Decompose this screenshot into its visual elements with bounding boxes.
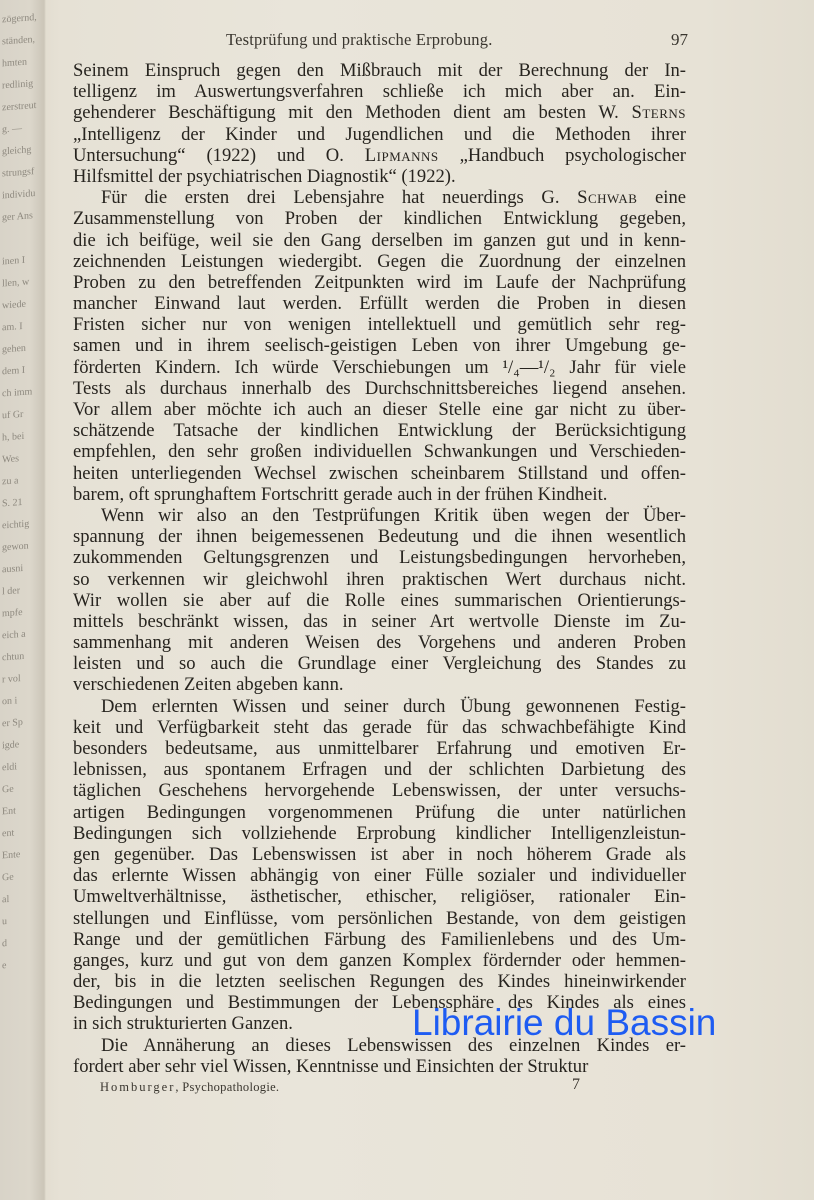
text-line: mancher Einwand laut werden. Erfüllt wer…	[73, 293, 686, 314]
text-line: sammenhang mit anderen Weisen des Vorgeh…	[73, 632, 686, 653]
facing-page-text-fragment: zerstreut	[2, 101, 42, 114]
text-line: Dem erlernten Wissen und seiner durch Üb…	[73, 696, 686, 717]
facing-page-text-fragment: dem I	[2, 365, 42, 378]
text-line: der, bis in die letzten seelischen Regun…	[73, 971, 686, 992]
text-line: mittels beschränkt wissen, das in seiner…	[73, 611, 686, 632]
facing-page-text-fragment: uf Gr	[2, 409, 42, 422]
signature-mark: 7	[572, 1076, 580, 1094]
text-line: leisten und so auch die Grundlage einer …	[73, 653, 686, 674]
facing-page-text-fragment: ger Ans	[2, 211, 42, 224]
facing-page-text-fragment: gleichg	[2, 145, 42, 158]
text-line: besonders bedeutsame, aus unmittelbarer …	[73, 738, 686, 759]
facing-page-text-fragment: r vol	[2, 673, 42, 686]
running-title: Testprüfung und praktische Erprobung.	[226, 29, 493, 51]
text-line: empfehlen, den sehr großen individuellen…	[73, 441, 686, 462]
text-line: stellungen und Einflüsse, vom persönlich…	[73, 908, 686, 929]
facing-page-text-fragment: strungsf	[2, 167, 42, 180]
paragraph: Wenn wir also an den Testprüfungen Kriti…	[73, 505, 686, 696]
text-line: Untersuchung“ (1922) und O. Lipmanns „Ha…	[73, 145, 686, 166]
text-line: Proben zu den betreffenden Zeitpunkten w…	[73, 272, 686, 293]
facing-page-text-fragment: wiede	[2, 299, 42, 312]
facing-page-text-fragment: individu	[2, 189, 42, 202]
facing-page-text-fragment: eichtig	[2, 519, 42, 532]
facing-page-text-fragment: redlinig	[2, 79, 42, 92]
page-number: 97	[671, 29, 688, 51]
facing-page-text-fragment: Ente	[2, 849, 42, 862]
footer-author: Homburger	[100, 1080, 175, 1094]
page-footer: Homburger, Psychopathologie. 7	[100, 1080, 590, 1100]
text-line: die ich beifüge, weil sie den Gang derse…	[73, 230, 686, 251]
facing-page-text-fragment: S. 21	[2, 497, 42, 510]
text-line: förderten Kindern. Ich würde Verschiebun…	[73, 357, 686, 378]
facing-page-text-fragment: Wes	[2, 453, 42, 466]
facing-page-text-fragment: am. I	[2, 321, 42, 334]
text-line: gehenderer Beschäftigung mit den Methode…	[73, 102, 686, 123]
body-text: Seinem Einspruch gegen den Mißbrauch mit…	[73, 60, 686, 1077]
text-line: heiten unterliegenden Wechsel zwischen s…	[73, 463, 686, 484]
facing-page-text-fragment: d	[2, 937, 42, 950]
text-line: Seinem Einspruch gegen den Mißbrauch mit…	[73, 60, 686, 81]
text-line: zeichnenden Leistungen wiedergibt. Gegen…	[73, 251, 686, 272]
facing-page-text-fragment: ent	[2, 827, 42, 840]
text-line: Umweltverhältnisse, ästhetischer, ethisc…	[73, 886, 686, 907]
text-line: keit und Verfügbarkeit steht das gerade …	[73, 717, 686, 738]
text-line: „Intelligenz der Kinder und Jugendlichen…	[73, 124, 686, 145]
facing-page-text-fragment: zu a	[2, 475, 42, 488]
text-line: zukommenden Geltungsgrenzen und Leistung…	[73, 547, 686, 568]
facing-page-text-fragment: g. —	[2, 123, 42, 136]
footer-book-title: , Psychopathologie.	[175, 1080, 279, 1094]
text-line: Bedingungen sich vollziehende Erprobung …	[73, 823, 686, 844]
facing-page-text-fragment: u	[2, 915, 42, 928]
paragraph: Für die ersten drei Lebensjahre hat neue…	[73, 187, 686, 505]
facing-page-text-fragment: eich a	[2, 629, 42, 642]
watermark-librairie-du-bassin: Librairie du Bassin	[412, 1003, 716, 1043]
facing-page-text-fragment: l der	[2, 585, 42, 598]
facing-page-text-fragment: hmten	[2, 57, 42, 70]
facing-page-text-fragment: e	[2, 959, 42, 972]
text-line: Tests als durchaus innerhalb des Durchsc…	[73, 378, 686, 399]
text-line: Vor allem aber möchte ich auch an dieser…	[73, 399, 686, 420]
text-line: verschiedenen Zeiten abgeben kann.	[73, 674, 686, 695]
text-line: schätzende Tatsache der kindlichen Entwi…	[73, 420, 686, 441]
text-line: barem, oft sprunghaftem Fortschritt gera…	[73, 484, 686, 505]
text-line: das erlernte Wissen abhängig von einer F…	[73, 865, 686, 886]
text-line: samen und in ihrem seelisch-geistigen Le…	[73, 335, 686, 356]
facing-page-text-fragment: on i	[2, 695, 42, 708]
footer-book-reference: Homburger, Psychopathologie.	[100, 1080, 279, 1095]
facing-page-edge: zögernd,ständen,hmtenredlinigzerstreutg.…	[0, 0, 46, 1200]
facing-page-text-fragment: ausni	[2, 563, 42, 576]
facing-page-text-fragment: igde	[2, 739, 42, 752]
facing-page-text-fragment: al	[2, 893, 42, 906]
paragraph: Seinem Einspruch gegen den Mißbrauch mit…	[73, 60, 686, 187]
facing-page-text-fragment: h, bei	[2, 431, 42, 444]
text-line: Für die ersten drei Lebensjahre hat neue…	[73, 187, 686, 208]
book-page: zögernd,ständen,hmtenredlinigzerstreutg.…	[0, 0, 814, 1200]
facing-page-text-fragment: ch imm	[2, 387, 42, 400]
text-line: täglichen Geschehens hervorgehende Leben…	[73, 780, 686, 801]
text-line: so verkennen wir gleichwohl ihren prakti…	[73, 569, 686, 590]
facing-page-text-fragment: gewon	[2, 541, 42, 554]
facing-page-text-fragment: mpfe	[2, 607, 42, 620]
facing-page-text-fragment: Ge	[2, 871, 42, 884]
text-line: lebnissen, aus spontanem Erfragen und de…	[73, 759, 686, 780]
facing-page-text-fragment: llen, w	[2, 277, 42, 290]
running-header: Testprüfung und praktische Erprobung. 97	[226, 29, 688, 51]
facing-page-text-fragment: chtun	[2, 651, 42, 664]
text-line: fordert aber sehr viel Wissen, Kenntniss…	[73, 1056, 686, 1077]
text-line: artigen Bedingungen vorgenommenen Prüfun…	[73, 802, 686, 823]
facing-page-text-fragment: Ent	[2, 805, 42, 818]
facing-page-text-fragment: ständen,	[2, 35, 42, 48]
facing-page-text-fragment: eldi	[2, 761, 42, 774]
facing-page-text-fragment	[2, 233, 42, 246]
text-line: Wenn wir also an den Testprüfungen Kriti…	[73, 505, 686, 526]
text-line: gen gegenüber. Das Lebenswissen ist aber…	[73, 844, 686, 865]
facing-page-text-fragment: zögernd,	[2, 13, 42, 26]
facing-page-text-fragment: gehen	[2, 343, 42, 356]
facing-page-text-fragment: inen I	[2, 255, 42, 268]
facing-page-text-fragment: Ge	[2, 783, 42, 796]
text-line: spannung der ihnen beigemessenen Bedeutu…	[73, 526, 686, 547]
paragraph: Dem erlernten Wissen und seiner durch Üb…	[73, 696, 686, 1035]
text-line: Fristen sicher nur von wenigen intellekt…	[73, 314, 686, 335]
text-line: Wir wollen sie aber auf die Rolle eines …	[73, 590, 686, 611]
text-line: Zusammenstellung von Proben der kindlich…	[73, 208, 686, 229]
text-line: telligenz im Auswertungsverfahren schlie…	[73, 81, 686, 102]
facing-page-text-fragment: er Sp	[2, 717, 42, 730]
text-line: Range und der gemütlichen Färbung des Fa…	[73, 929, 686, 950]
text-line: Hilfsmittel der psychiatrischen Diagnost…	[73, 166, 686, 187]
text-line: ganges, kurz und gut von dem ganzen Komp…	[73, 950, 686, 971]
